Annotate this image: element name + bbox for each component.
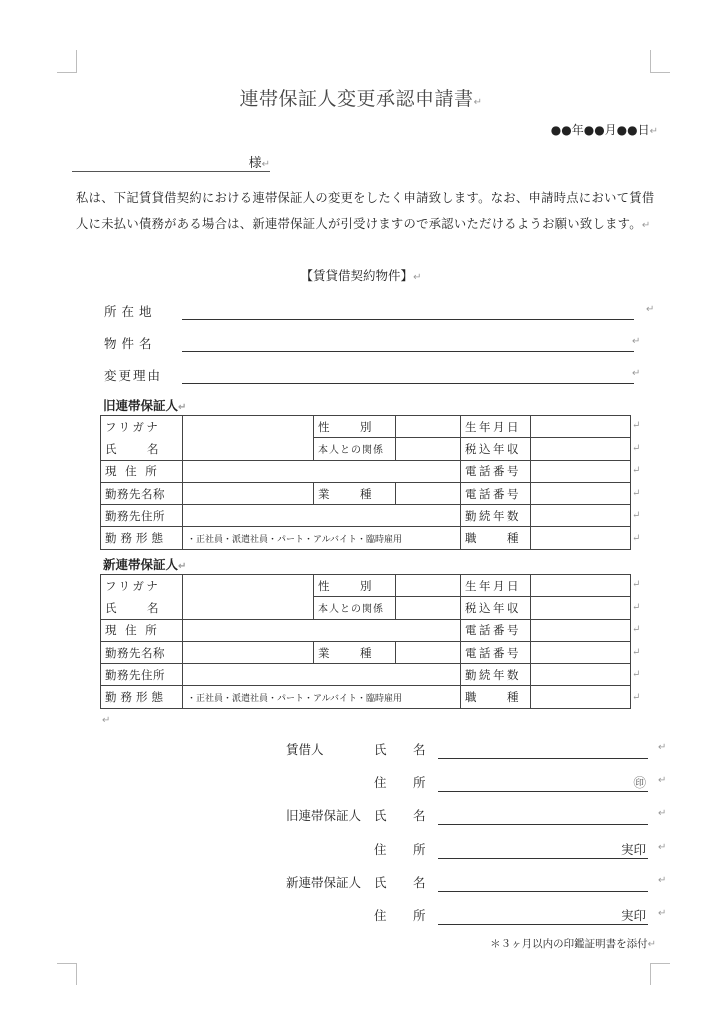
signature-row-old-guarantor-address: 住 所 実印 ↵ bbox=[280, 840, 670, 862]
income-input[interactable] bbox=[531, 597, 631, 619]
new-guarantor-name-line[interactable] bbox=[438, 891, 648, 892]
label-job-type: 職 種 bbox=[461, 527, 531, 549]
paragraph-mark-icon: ↵ bbox=[262, 159, 270, 170]
old-guarantor-table: フリガナ 性 別 生年月日 氏 名 本人との関係 税込年収 現 住 所 電話番号… bbox=[100, 415, 631, 550]
furigana-name-input[interactable] bbox=[183, 416, 314, 461]
label-years: 勤続年数 bbox=[461, 664, 531, 686]
addressee-field[interactable]: 様↵ bbox=[72, 152, 270, 172]
label-relation: 本人との関係 bbox=[314, 438, 396, 460]
paragraph-mark-icon: ↵ bbox=[658, 808, 666, 819]
registered-seal-label: 実印 bbox=[621, 906, 646, 924]
employer-address-input[interactable] bbox=[183, 664, 461, 686]
signature-row-lessee-name: 賃借人 氏 名 ↵ bbox=[280, 740, 670, 762]
row-end-mark-icon: ↵ bbox=[632, 488, 640, 499]
property-name-input-line[interactable] bbox=[182, 351, 634, 352]
crop-mark-bottom-left bbox=[57, 963, 77, 985]
property-field-location[interactable]: 所在地 ↵ bbox=[104, 302, 664, 322]
signature-key-2: 名 bbox=[413, 873, 426, 891]
work-phone-input[interactable] bbox=[531, 641, 631, 663]
label-name: 氏 名 bbox=[101, 438, 183, 460]
row-end-mark-icon: ↵ bbox=[632, 579, 640, 590]
signature-key-2: 所 bbox=[413, 906, 426, 924]
paragraph-mark-icon: ↵ bbox=[632, 336, 640, 347]
employer-address-input[interactable] bbox=[183, 505, 461, 527]
paragraph-mark-icon: ↵ bbox=[658, 908, 666, 919]
industry-input[interactable] bbox=[396, 641, 461, 663]
label-phone: 電話番号 bbox=[461, 619, 531, 641]
lessee-address-line[interactable] bbox=[438, 791, 648, 792]
label-furigana: フリガナ bbox=[101, 575, 183, 597]
gender-input[interactable] bbox=[396, 575, 461, 597]
paragraph-mark-icon: ↵ bbox=[632, 368, 640, 379]
employer-input[interactable] bbox=[183, 482, 314, 504]
lessee-name-line[interactable] bbox=[438, 758, 648, 759]
document-title: 連帯保証人変更承認申請書↵ bbox=[0, 84, 722, 111]
years-input[interactable] bbox=[531, 664, 631, 686]
registered-seal-label: 実印 bbox=[621, 840, 646, 858]
label-birthdate: 生年月日 bbox=[461, 575, 531, 597]
row-end-mark-icon: ↵ bbox=[632, 624, 640, 635]
signature-row-new-guarantor-address: 住 所 実印 ↵ bbox=[280, 906, 670, 928]
employment-type-options[interactable]: ・正社員・派遣社員・パート・アルバイト・臨時雇用 bbox=[183, 686, 461, 708]
paragraph-mark-icon: ↵ bbox=[648, 939, 656, 950]
crop-mark-top-right bbox=[650, 50, 670, 73]
signature-role: 旧連帯保証人 bbox=[286, 806, 361, 824]
signature-key-2: 所 bbox=[413, 840, 426, 858]
row-end-mark-icon: ↵ bbox=[632, 465, 640, 476]
signature-row-old-guarantor-name: 旧連帯保証人 氏 名 ↵ bbox=[280, 806, 670, 828]
label-job-type: 職 種 bbox=[461, 686, 531, 708]
work-phone-input[interactable] bbox=[531, 482, 631, 504]
label-years: 勤続年数 bbox=[461, 505, 531, 527]
paragraph-mark-icon: ↵ bbox=[658, 842, 666, 853]
label-gender: 性 別 bbox=[314, 575, 396, 597]
label-furigana: フリガナ bbox=[101, 416, 183, 438]
paragraph-mark-icon: ↵ bbox=[658, 875, 666, 886]
income-input[interactable] bbox=[531, 438, 631, 460]
row-end-mark-icon: ↵ bbox=[632, 510, 640, 521]
industry-input[interactable] bbox=[396, 482, 461, 504]
old-guarantor-heading: 旧連帯保証人↵ bbox=[103, 396, 186, 414]
label-income: 税込年収 bbox=[461, 597, 531, 619]
row-end-mark-icon: ↵ bbox=[632, 692, 640, 703]
signature-key-2: 名 bbox=[413, 740, 426, 758]
signature-role: 賃借人 bbox=[286, 740, 324, 758]
signature-key-2: 名 bbox=[413, 806, 426, 824]
years-input[interactable] bbox=[531, 505, 631, 527]
signature-key-2: 所 bbox=[413, 773, 426, 791]
paragraph-mark-icon: ↵ bbox=[658, 775, 666, 786]
paragraph-mark-icon: ↵ bbox=[658, 742, 666, 753]
row-end-mark-icon: ↵ bbox=[632, 602, 640, 613]
label-address: 現 住 所 bbox=[101, 460, 183, 482]
crop-mark-top-left bbox=[57, 50, 77, 73]
reason-input-line[interactable] bbox=[182, 383, 634, 384]
signature-key-1: 住 bbox=[374, 773, 387, 791]
birthdate-input[interactable] bbox=[531, 416, 631, 438]
label-birthdate: 生年月日 bbox=[461, 416, 531, 438]
paragraph-mark-icon: ↵ bbox=[413, 272, 421, 283]
row-end-mark-icon: ↵ bbox=[632, 533, 640, 544]
label-income: 税込年収 bbox=[461, 438, 531, 460]
field-label: 変更理由 bbox=[104, 366, 162, 384]
label-relation: 本人との関係 bbox=[314, 597, 396, 619]
property-field-name[interactable]: 物件名 ↵ bbox=[104, 334, 664, 354]
label-employer-address: 勤務先住所 bbox=[101, 664, 183, 686]
label-industry: 業 種 bbox=[314, 482, 396, 504]
signature-key-1: 氏 bbox=[374, 740, 387, 758]
document-date: ●●年●●月●●日↵ bbox=[551, 121, 658, 138]
label-phone: 電話番号 bbox=[461, 460, 531, 482]
label-gender: 性 別 bbox=[314, 416, 396, 438]
label-address: 現 住 所 bbox=[101, 619, 183, 641]
field-label: 物件名 bbox=[104, 334, 157, 352]
paragraph-mark-icon: ↵ bbox=[474, 97, 483, 108]
paragraph-mark-icon: ↵ bbox=[178, 561, 186, 572]
address-input[interactable] bbox=[183, 619, 461, 641]
field-label: 所在地 bbox=[104, 302, 157, 320]
employment-type-options[interactable]: ・正社員・派遣社員・パート・アルバイト・臨時雇用 bbox=[183, 527, 461, 549]
phone-input[interactable] bbox=[531, 460, 631, 482]
paragraph-mark-icon: ↵ bbox=[650, 126, 658, 137]
label-employer: 勤務先名称 bbox=[101, 482, 183, 504]
gender-input[interactable] bbox=[396, 416, 461, 438]
phone-input[interactable] bbox=[531, 619, 631, 641]
birthdate-input[interactable] bbox=[531, 575, 631, 597]
signature-role: 新連帯保証人 bbox=[286, 873, 361, 891]
paragraph-mark-icon: ↵ bbox=[642, 220, 651, 231]
crop-mark-bottom-right bbox=[650, 963, 670, 985]
furigana-name-input[interactable] bbox=[183, 575, 314, 620]
signature-row-new-guarantor-name: 新連帯保証人 氏 名 ↵ bbox=[280, 873, 670, 895]
row-end-mark-icon: ↵ bbox=[632, 420, 640, 431]
address-input[interactable] bbox=[183, 460, 461, 482]
signature-key-1: 氏 bbox=[374, 806, 387, 824]
paragraph-mark-icon: ↵ bbox=[646, 304, 654, 315]
job-type-input[interactable] bbox=[531, 527, 631, 549]
signature-row-lessee-address: 住 所 ㊞ ↵ bbox=[280, 773, 670, 795]
relation-input[interactable] bbox=[396, 597, 461, 619]
new-guarantor-heading: 新連帯保証人↵ bbox=[103, 555, 186, 573]
request-body-text: 私は、下記賃貸借契約における連帯保証人の変更をしたく申請致します。なお、申請時点… bbox=[76, 185, 656, 239]
property-field-reason[interactable]: 変更理由 ↵ bbox=[104, 366, 664, 386]
relation-input[interactable] bbox=[396, 438, 461, 460]
seal-mark-icon: ㊞ bbox=[633, 773, 646, 791]
label-name: 氏 名 bbox=[101, 597, 183, 619]
signature-key-1: 氏 bbox=[374, 873, 387, 891]
signature-key-1: 住 bbox=[374, 906, 387, 924]
label-work-phone: 電話番号 bbox=[461, 482, 531, 504]
location-input-line[interactable] bbox=[182, 319, 634, 320]
label-employer-address: 勤務先住所 bbox=[101, 505, 183, 527]
new-guarantor-table: フリガナ 性 別 生年月日 氏 名 本人との関係 税込年収 現 住 所 電話番号… bbox=[100, 574, 631, 709]
property-heading: 【賃貸借契約物件】↵ bbox=[0, 266, 722, 284]
old-guarantor-address-line[interactable] bbox=[438, 858, 648, 859]
signature-key-1: 住 bbox=[374, 840, 387, 858]
new-guarantor-address-line[interactable] bbox=[438, 924, 648, 925]
label-employer: 勤務先名称 bbox=[101, 641, 183, 663]
job-type-input[interactable] bbox=[531, 686, 631, 708]
label-employment-type: 勤務形態 bbox=[101, 686, 183, 708]
row-end-mark-icon: ↵ bbox=[632, 443, 640, 454]
old-guarantor-name-line[interactable] bbox=[438, 824, 648, 825]
row-end-mark-icon: ↵ bbox=[632, 647, 640, 658]
seal-certificate-note: ＊３ヶ月以内の印鑑証明書を添付↵ bbox=[490, 936, 656, 951]
row-end-mark-icon: ↵ bbox=[632, 669, 640, 680]
label-work-phone: 電話番号 bbox=[461, 641, 531, 663]
label-industry: 業 種 bbox=[314, 641, 396, 663]
paragraph-mark-icon: ↵ bbox=[102, 715, 110, 726]
paragraph-mark-icon: ↵ bbox=[178, 402, 186, 413]
label-employment-type: 勤務形態 bbox=[101, 527, 183, 549]
employer-input[interactable] bbox=[183, 641, 314, 663]
